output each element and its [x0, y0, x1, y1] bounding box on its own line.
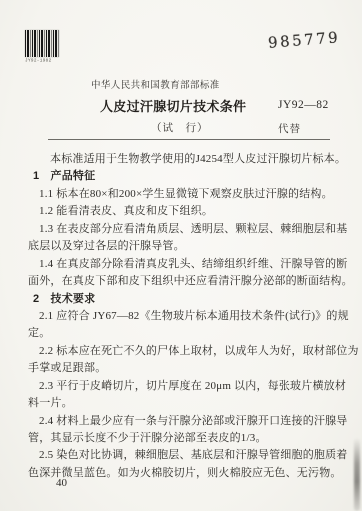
trial-subtitle: （试 行）: [151, 120, 209, 135]
barcode: JY92-1982: [25, 30, 65, 65]
scan-smudge-artifact: [354, 438, 360, 511]
clause-1-3-cont: 底层以及穿过各层的汗腺导管。: [28, 238, 336, 255]
barcode-label: JY92-1982: [25, 58, 54, 63]
section-2-heading: 2 技术要求: [28, 291, 336, 308]
clause-2-1: 2.1 应符合 JY67—82《生物玻片标本通用技术条件(试行)》的规: [28, 308, 336, 325]
clause-2-5: 2.5 染色对比协调，棘细胞层、基底层和汗腺导管细胞的胞质着: [28, 447, 336, 464]
clause-2-1-cont: 定。: [28, 325, 336, 342]
clause-1-4-cont: 面外，在真皮下部和皮下组织中还应看清汗腺分泌部的断面结构。: [28, 273, 336, 290]
header-divider: [48, 139, 330, 140]
clause-1-1: 1.1 标本在80×和200×学生显微镜下观察皮肤过汗腺的结构。: [28, 186, 336, 203]
document-page: JY92-1982 985779 中华人民共和国教育部部标准 人皮过汗腺切片技术…: [0, 0, 362, 511]
clause-2-4: 2.4 材料上最少应有一条与汗腺分泌部或汗腺开口连接的汗腺导: [28, 413, 336, 430]
clause-1-3: 1.3 在表皮部分应看清角质层、透明层、颗粒层、棘细胞层和基: [28, 221, 336, 238]
clause-2-2-cont: 手掌或足跟部。: [28, 360, 336, 377]
barcode-icon: [25, 30, 59, 57]
scope-line: 本标准适用于生物教学使用的J4254型人皮过汗腺切片标本。: [28, 151, 336, 168]
document-title: 人皮过汗腺切片技术条件: [100, 96, 246, 115]
page-number: 40: [56, 477, 67, 489]
section-1-heading: 1 产品特征: [28, 168, 336, 185]
clause-1-4: 1.4 在真皮部分除看清真皮乳头、结缔组织纤维、汗腺导管的断: [28, 256, 336, 273]
clause-2-4-cont: 管，其显示长度不少于汗腺分泌部至表皮的1/3。: [28, 430, 336, 447]
clause-2-2: 2.2 标本应在死亡不久的尸体上取材，以成年人为好，取材部位为: [28, 343, 336, 360]
clause-2-3-cont: 料一片。: [28, 395, 336, 412]
clause-2-5-cont: 色深并微呈蓝色。如为火棉胶切片，则火棉胶应无色、无污物。: [28, 465, 336, 482]
replaces-label: 代替: [278, 121, 301, 136]
standard-authority: 中华人民共和国教育部部标准: [91, 77, 220, 91]
stamp-serial-number: 985779: [267, 28, 340, 52]
clause-2-3: 2.3 平行于皮嵴切片，切片厚度在 20μm 以内，每张玻片横放材: [28, 378, 336, 395]
standard-code: JY92—82: [278, 99, 329, 111]
clause-1-2: 1.2 能看清表皮、真皮和皮下组织。: [28, 203, 336, 220]
document-body: 本标准适用于生物教学使用的J4254型人皮过汗腺切片标本。 1 产品特征 1.1…: [28, 151, 336, 482]
